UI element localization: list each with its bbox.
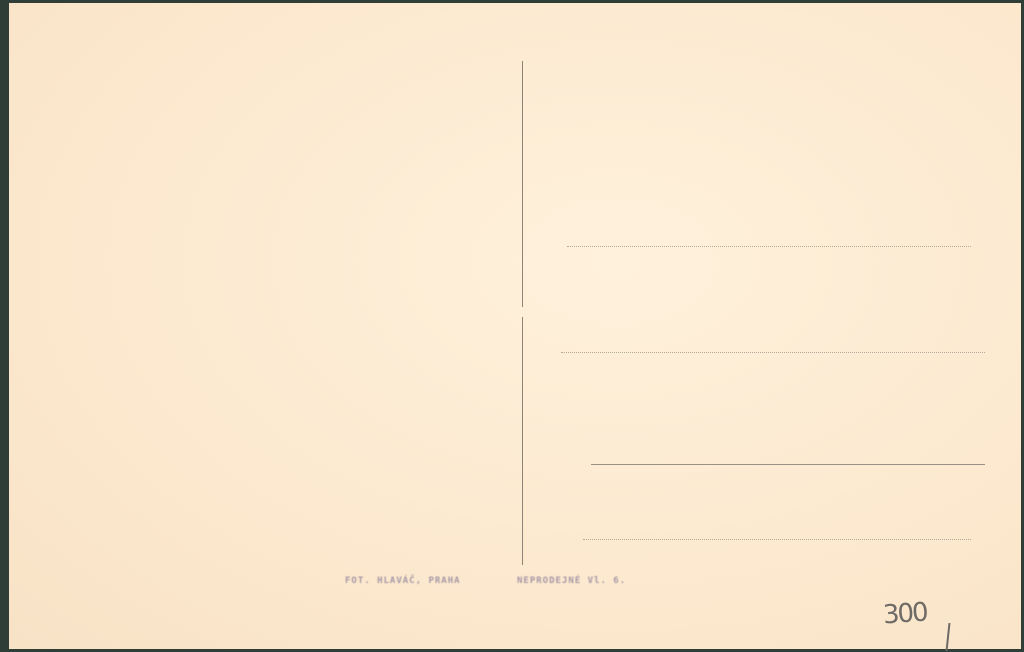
address-line-2 [561, 352, 985, 353]
address-line-1 [567, 246, 971, 247]
publisher-imprint: FOT. HLAVÁČ, PRAHA [345, 576, 461, 586]
imprint-note: NEPRODEJNÉ Vl. 6. [517, 576, 626, 586]
address-line-3 [591, 464, 985, 465]
center-divider-upper [522, 61, 523, 307]
handwritten-stroke [946, 623, 951, 651]
center-divider-lower [522, 317, 523, 565]
address-line-4 [583, 539, 971, 540]
handwritten-number: 300 [882, 598, 928, 631]
postcard-back: FOT. HLAVÁČ, PRAHA NEPRODEJNÉ Vl. 6. 300 [9, 3, 1021, 649]
